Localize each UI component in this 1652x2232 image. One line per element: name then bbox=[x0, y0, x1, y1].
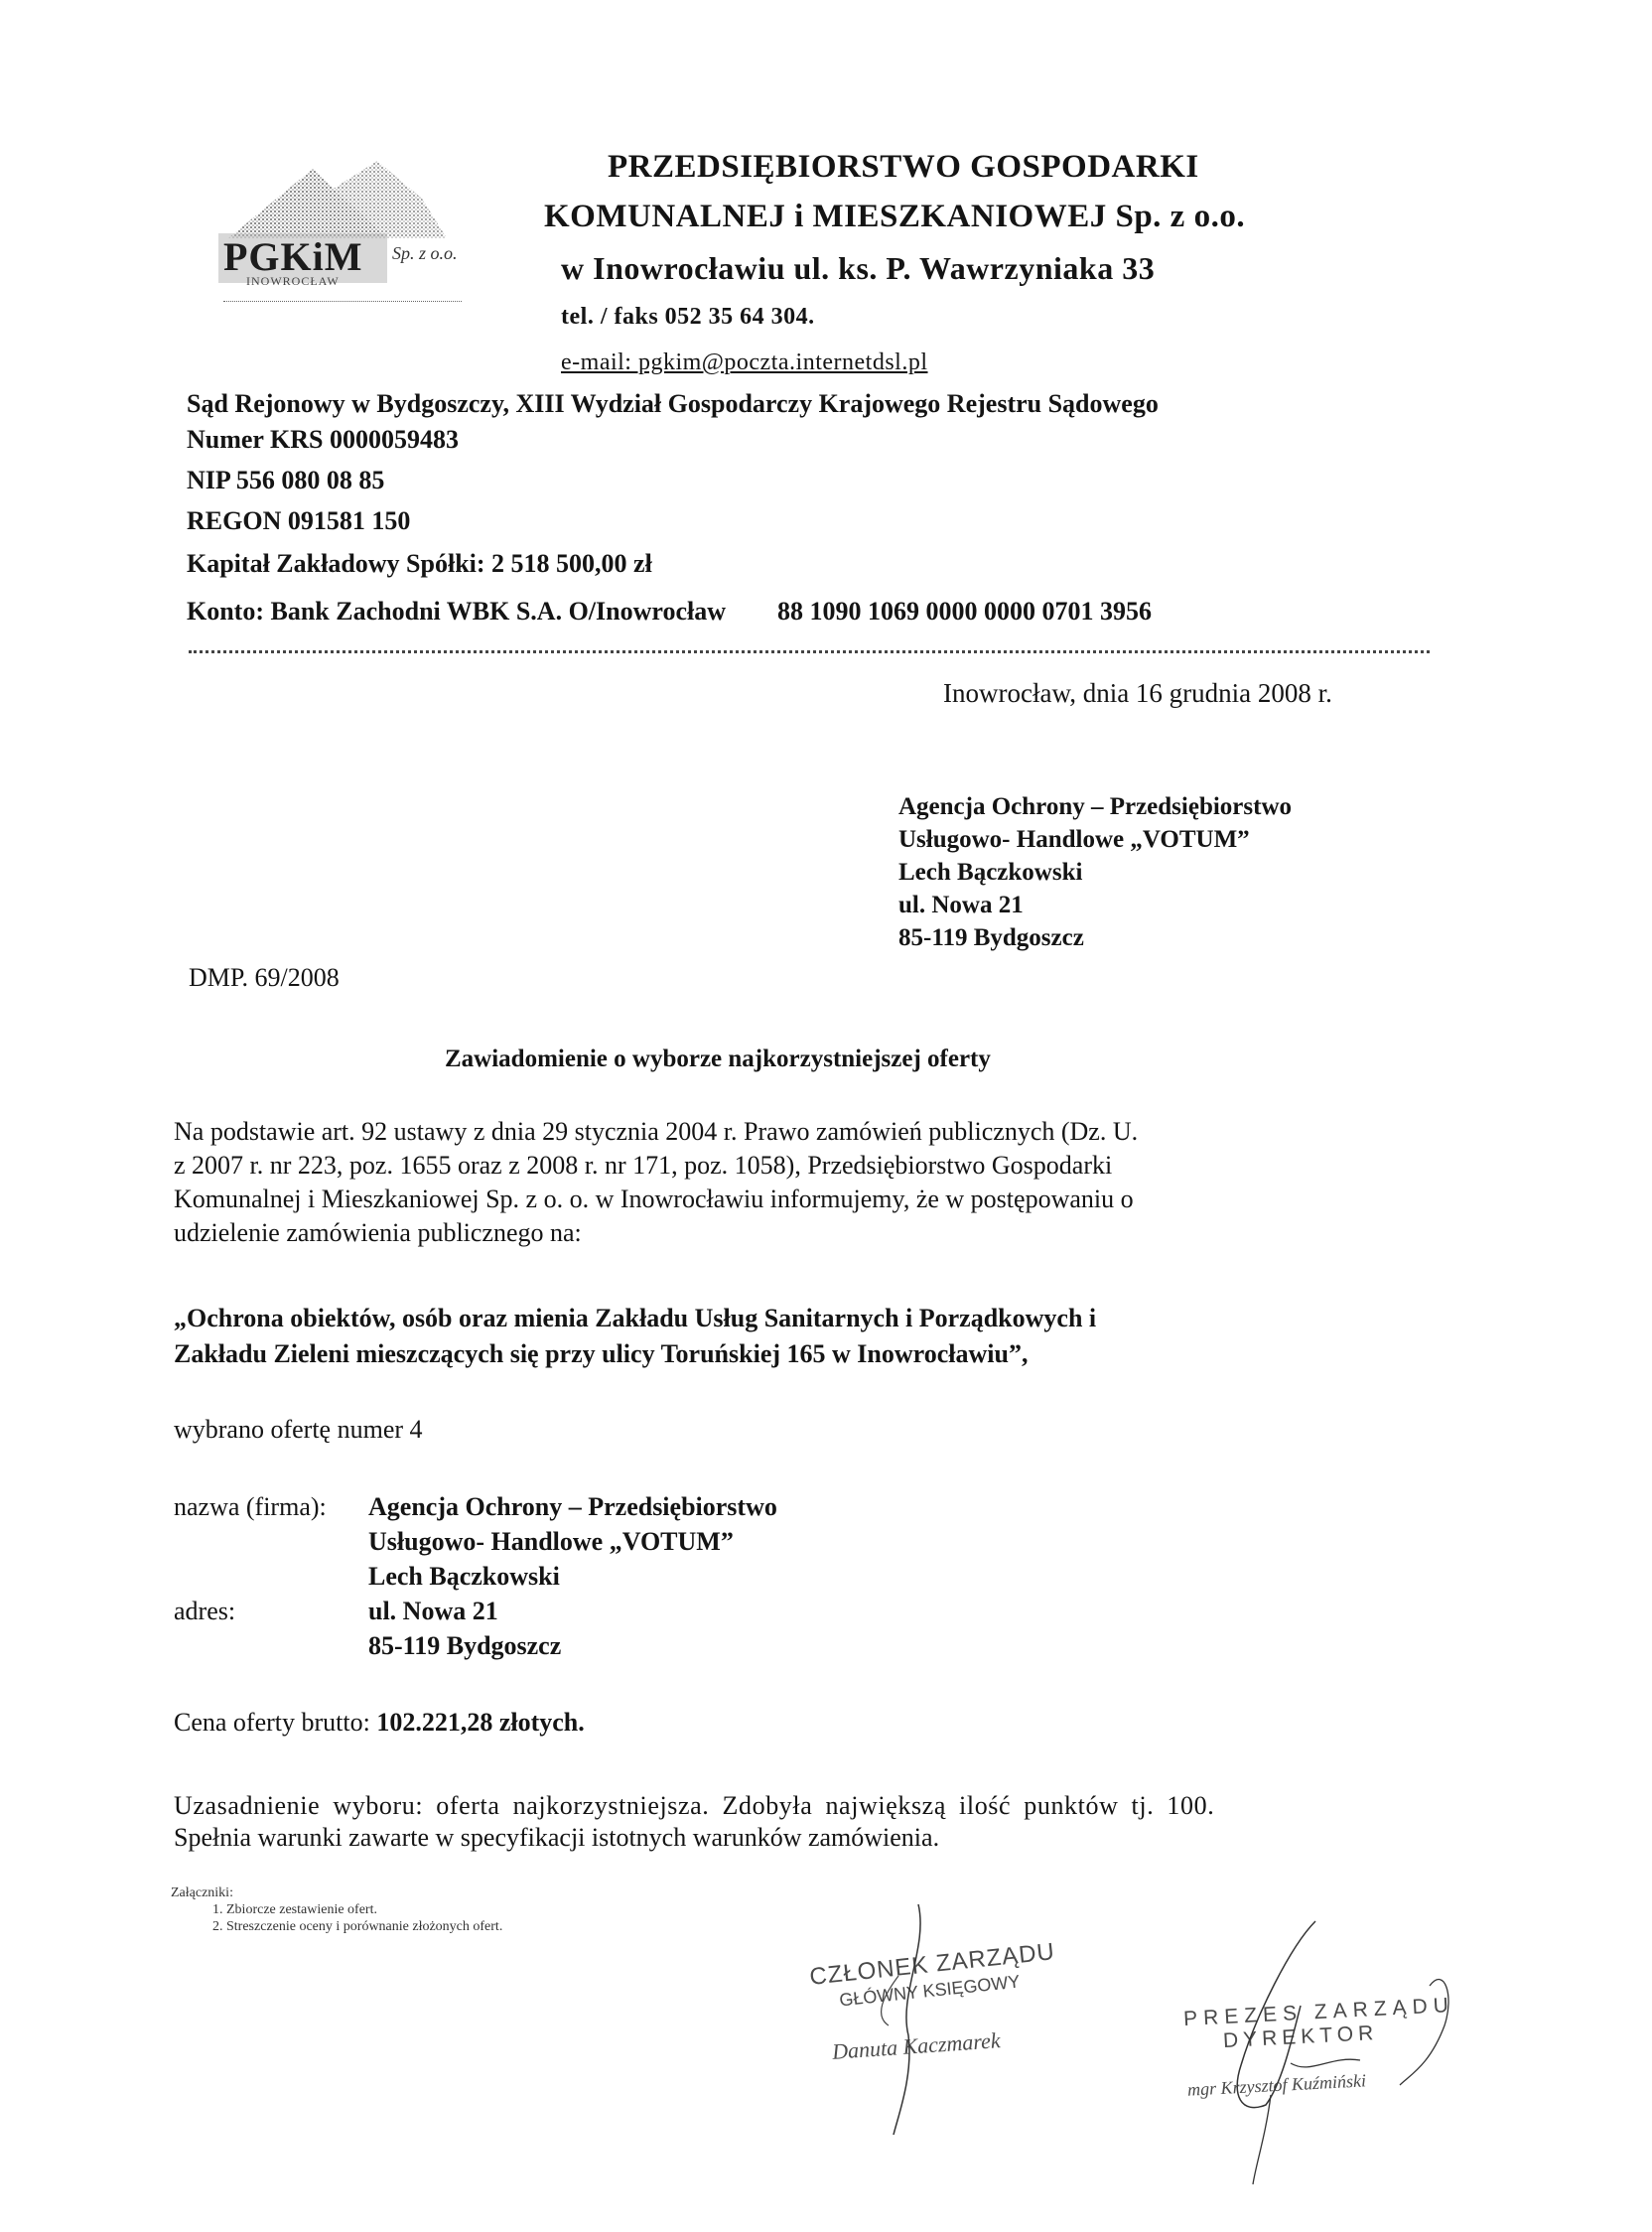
price-label: Cena oferty brutto: bbox=[174, 1708, 370, 1737]
logo-wordmark: PGKiM bbox=[223, 233, 363, 280]
recipient-address: Agencja Ochrony – Przedsiębiorstwo Usług… bbox=[898, 790, 1292, 954]
stamp-president-name: mgr Krzysztof Kuźmiński bbox=[1187, 2070, 1367, 2100]
company-email-link[interactable]: e-mail: pgkim@poczta.internetdsl.pl bbox=[561, 349, 928, 376]
letter-date: Inowrocław, dnia 16 grudnia 2008 r. bbox=[943, 678, 1332, 709]
justification-line: Spełnia warunki zawarte w specyfikacji i… bbox=[174, 1822, 1415, 1854]
recipient-line: ul. Nowa 21 bbox=[898, 889, 1292, 921]
recipient-line: Agencja Ochrony – Przedsiębiorstwo bbox=[898, 790, 1292, 823]
firm-name-line: Agencja Ochrony – Przedsiębiorstwo bbox=[368, 1492, 777, 1521]
company-name-line2: KOMUNALNEJ i MIESZKANIOWEJ Sp. z o.o. bbox=[544, 199, 1245, 235]
company-name-line1: PRZEDSIĘBIORSTWO GOSPODARKI bbox=[608, 149, 1199, 186]
regon-number: REGON 091581 150 bbox=[187, 506, 410, 536]
logo-city: INOWROCŁAW bbox=[246, 274, 340, 289]
selected-offer: wybrano ofertę numer 4 bbox=[174, 1415, 423, 1445]
firm-address-line: ul. Nowa 21 bbox=[368, 1597, 498, 1625]
firm-name-label: nazwa (firma): bbox=[174, 1489, 368, 1524]
company-logo: PGKiM Sp. z o.o. INOWROCŁAW bbox=[199, 139, 467, 298]
contract-object-line: Zakładu Zieleni mieszczących się przy ul… bbox=[174, 1336, 1096, 1372]
signature-stroke-icon bbox=[894, 1904, 920, 2135]
offer-price: Cena oferty brutto: 102.221,28 złotych. bbox=[174, 1708, 585, 1738]
stamp-board-member-name: Danuta Kaczmarek bbox=[831, 2027, 1001, 2065]
attachments: Załączniki: 1. Zbiorcze zestawienie ofer… bbox=[171, 1884, 502, 1935]
justification: Uzasadnienie wyboru: oferta najkorzystni… bbox=[174, 1790, 1415, 1854]
body-line: z 2007 r. nr 223, poz. 1655 oraz z 2008 … bbox=[174, 1149, 1420, 1183]
attachment-item: 1. Zbiorcze zestawienie ofert. bbox=[171, 1901, 502, 1918]
body-paragraph: Na podstawie art. 92 ustawy z dnia 29 st… bbox=[174, 1115, 1420, 1250]
firm-name-line: Usługowo- Handlowe „VOTUM” bbox=[368, 1527, 734, 1556]
logo-suffix: Sp. z o.o. bbox=[392, 243, 458, 264]
recipient-line: 85-119 Bydgoszcz bbox=[898, 921, 1292, 954]
krs-number: Numer KRS 0000059483 bbox=[187, 425, 459, 455]
letter-subject: Zawiadomienie o wyborze najkorzystniejsz… bbox=[445, 1046, 991, 1073]
attachments-title: Załączniki: bbox=[171, 1885, 233, 1900]
reference-number: DMP. 69/2008 bbox=[189, 963, 340, 993]
court-registry: Sąd Rejonowy w Bydgoszczy, XIII Wydział … bbox=[187, 389, 1159, 419]
price-value: 102.221,28 złotych. bbox=[376, 1708, 584, 1737]
firm-address-line: 85-119 Bydgoszcz bbox=[368, 1631, 561, 1660]
body-line: udzielenie zamówienia publicznego na: bbox=[174, 1216, 1420, 1250]
bank-account: Konto: Bank Zachodni WBK S.A. O/Inowrocł… bbox=[187, 597, 1152, 627]
firm-address-label: adres: bbox=[174, 1594, 368, 1628]
contract-object: „Ochrona obiektów, osób oraz mienia Zakł… bbox=[174, 1301, 1096, 1372]
company-phone: tel. / faks 052 35 64 304. bbox=[561, 304, 815, 331]
account-number: 88 1090 1069 0000 0000 0701 3956 bbox=[777, 597, 1152, 626]
bank-name: Konto: Bank Zachodni WBK S.A. O/Inowrocł… bbox=[187, 597, 726, 626]
contract-object-line: „Ochrona obiektów, osób oraz mienia Zakł… bbox=[174, 1301, 1096, 1336]
header-divider bbox=[189, 650, 1430, 653]
attachment-item: 2. Streszczenie oceny i porównanie złożo… bbox=[171, 1918, 502, 1935]
company-address: w Inowrocławiu ul. ks. P. Wawrzyniaka 33 bbox=[561, 250, 1155, 287]
winner-details: nazwa (firma):Agencja Ochrony – Przedsię… bbox=[174, 1489, 777, 1663]
justification-line: Uzasadnienie wyboru: oferta najkorzystni… bbox=[174, 1790, 1415, 1822]
recipient-line: Usługowo- Handlowe „VOTUM” bbox=[898, 823, 1292, 856]
firm-name-line: Lech Bączkowski bbox=[368, 1562, 560, 1591]
nip-number: NIP 556 080 08 85 bbox=[187, 466, 384, 495]
share-capital: Kapitał Zakładowy Spółki: 2 518 500,00 z… bbox=[187, 549, 652, 579]
recipient-line: Lech Bączkowski bbox=[898, 856, 1292, 889]
logo-divider bbox=[223, 301, 462, 302]
body-line: Komunalnej i Mieszkaniowej Sp. z o. o. w… bbox=[174, 1183, 1420, 1216]
body-line: Na podstawie art. 92 ustawy z dnia 29 st… bbox=[174, 1115, 1420, 1149]
